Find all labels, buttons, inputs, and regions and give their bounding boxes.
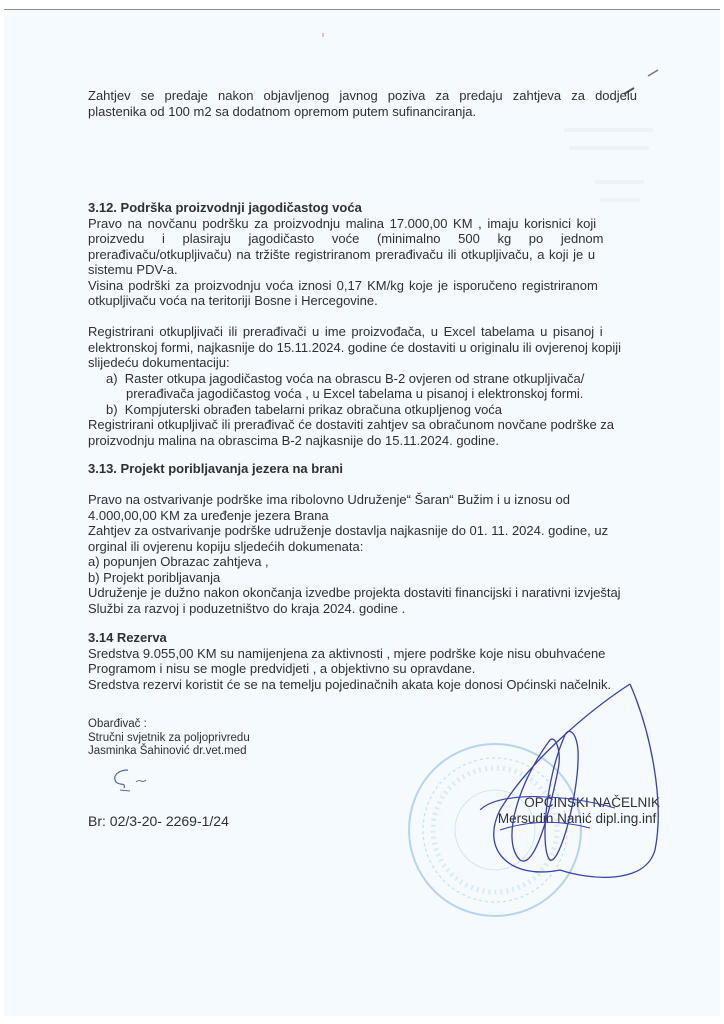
section-3-13: 3.13. Projekt poribljavanja jezera na br… — [88, 461, 637, 616]
text-line: slijedeću dokumentaciju: — [88, 355, 637, 371]
intro-paragraph: Zahtjev se predaje nakon objavljenog jav… — [88, 88, 637, 119]
text-line: sistemu PDV-a. — [88, 262, 637, 278]
preparer-block: Obarđivač : Stručni svjetnik za poljopri… — [88, 718, 250, 759]
text-line: plastenika od 100 m2 sa dodatnom opremom… — [88, 104, 637, 120]
section-heading: 3.14 Rezerva — [88, 630, 637, 646]
text-line: proizvedu i plasiraju jagodičasto voće (… — [88, 231, 637, 247]
section-3-12: 3.12. Podrška proizvodnji jagodičastog v… — [88, 200, 637, 448]
text-line: prerađivaču/otkupljivaču) na tržište reg… — [88, 247, 637, 263]
text-line: Zahtjev za ostvarivanje podrške udruženj… — [88, 523, 637, 539]
preparer-name: Jasminka Šahinović dr.vet.med — [88, 745, 250, 759]
reference-number: Br: 02/3-20- 2269-1/24 — [88, 813, 229, 829]
text-line: a) popunjen Obrazac zahtjeva , — [88, 554, 637, 570]
initials-signature-icon — [110, 768, 160, 793]
text-line: otkupljivaču voća na teritoriji Bosne i … — [88, 293, 637, 309]
text-line: Registrirani otkupljivač ili prerađivač … — [88, 417, 637, 433]
text-line: Pravo na ostvarivanje podrške ima ribolo… — [88, 492, 637, 508]
text-line: b) Projekt poribljavanja — [88, 570, 637, 586]
section-heading: 3.13. Projekt poribljavanja jezera na br… — [88, 461, 637, 477]
handwritten-signature-icon — [440, 680, 680, 890]
list-item: b) Kompjuterski obrađen tabelarni prikaz… — [88, 402, 637, 418]
text-line: 4.000,00,00 KM za uređenje jezera Brana — [88, 508, 637, 524]
text-line: proizvodnju malina na obrascima B-2 najk… — [88, 433, 637, 449]
text-line: orginal ili ovjerenu kopiju sljedećih do… — [88, 539, 637, 555]
section-heading: 3.12. Podrška proizvodnji jagodičastog v… — [88, 200, 637, 216]
text-line: Visina podrški za proizvodnju voća iznos… — [88, 278, 637, 294]
text-line: Zahtjev se predaje nakon objavljenog jav… — [88, 88, 637, 104]
text-line: Službi za razvoj i poduzetništvo do kraj… — [88, 601, 637, 617]
text-line: elektronskoj formi, najkasnije do 15.11.… — [88, 340, 637, 356]
preparer-label: Obarđivač : — [88, 718, 250, 732]
list-item-continuation: prerađivača jagodičastog voća , u Excel … — [88, 386, 637, 402]
list-item: a) Raster otkupa jagodičastog voća na ob… — [88, 371, 637, 387]
text-line: Sredstva 9.055,00 KM su namijenjena za a… — [88, 646, 637, 662]
text-line: Udruženje je dužno nakon okončanja izved… — [88, 585, 637, 601]
scan-speck — [322, 33, 324, 37]
text-line: Registrirani otkupljivači ili prerađivač… — [88, 324, 637, 340]
text-line: Pravo na novčanu podršku za proizvodnju … — [88, 216, 637, 232]
text-line: Programom i nisu se mogle predvidjeti , … — [88, 661, 637, 677]
preparer-title: Stručni svjetnik za poljoprivredu — [88, 732, 250, 746]
